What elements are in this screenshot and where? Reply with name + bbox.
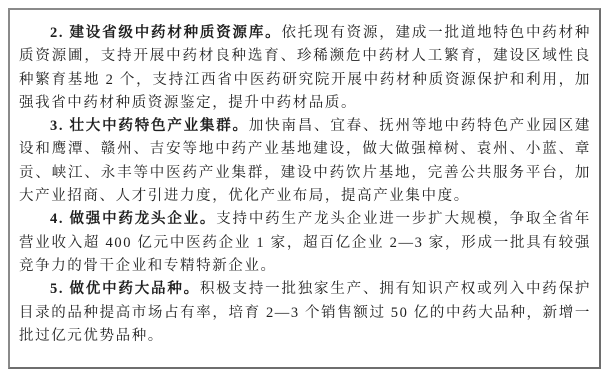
document-text-area: 2. 建设省级中药材种质资源库。依托现有资源，建成一批道地特色中药材种质资源圃，…: [10, 10, 599, 348]
paragraph-heading: 2. 建设省级中药材种质资源库。: [50, 25, 281, 41]
paragraph: 3. 壮大中药特色产业集群。加快南昌、宜春、抚州等地中药特色产业园区建设和鹰潭、…: [19, 115, 591, 208]
paragraph: 2. 建设省级中药材种质资源库。依托现有资源，建成一批道地特色中药材种质资源圃，…: [19, 22, 591, 115]
paragraph: 5. 做优中药大品种。积极支持一批独家生产、拥有知识产权或列入中药保护目录的品种…: [19, 278, 591, 348]
paragraph: 4. 做强中药龙头企业。支持中药生产龙头企业进一步扩大规模，争取全省年营业收入超…: [19, 208, 591, 278]
document-canvas: { "colors": { "text": "#1f1f1f", "border…: [0, 0, 610, 378]
paragraph-heading: 4. 做强中药龙头企业。: [50, 211, 216, 227]
paragraph-heading: 3. 壮大中药特色产业集群。: [50, 118, 249, 134]
paragraph-heading: 5. 做优中药大品种。: [50, 281, 200, 297]
document-page-border: 2. 建设省级中药材种质资源库。依托现有资源，建成一批道地特色中药材种质资源圃，…: [8, 8, 601, 369]
